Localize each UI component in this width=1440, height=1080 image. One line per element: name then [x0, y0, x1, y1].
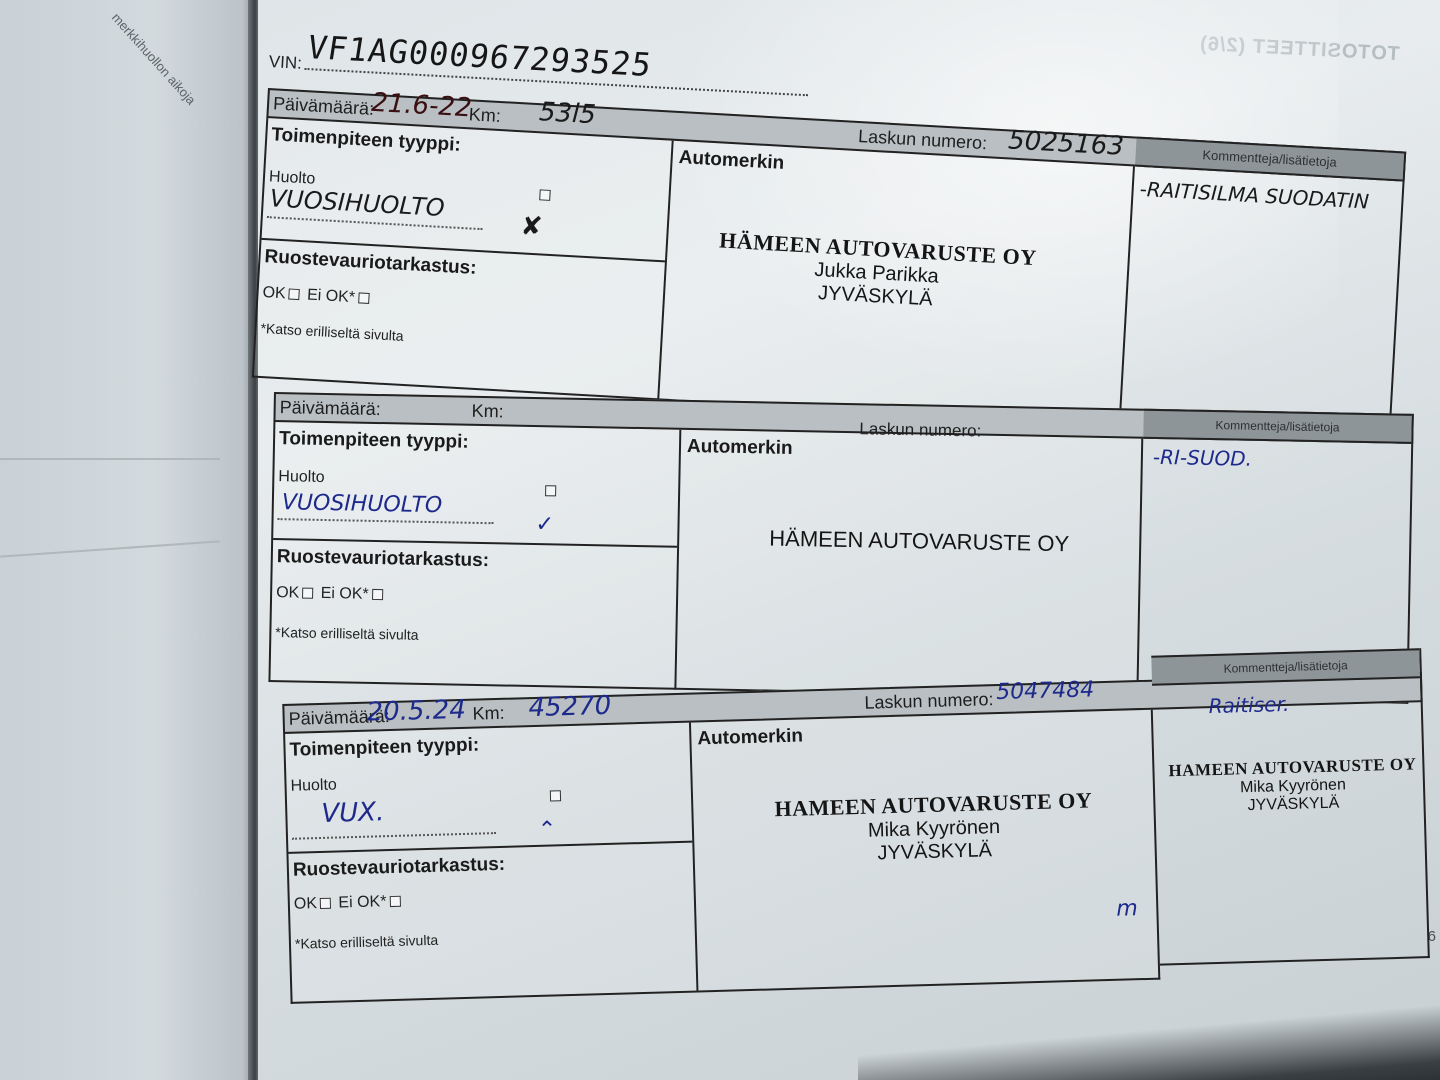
operation-type-label: Toimenpiteen tyyppi:	[289, 729, 693, 762]
operation-type-label: Toimenpiteen tyyppi:	[279, 428, 683, 458]
km-label: Km:	[471, 401, 503, 423]
dealer-stamp: HAMEEN AUTOVARUSTE OY Mika Kyyrönen JYVÄ…	[773, 787, 1095, 868]
invoice-value: 5047484	[996, 677, 1095, 705]
service-label: Huolto	[278, 468, 682, 494]
comments-label: Kommentteja/lisätietoja	[1151, 648, 1420, 685]
rust-ok-checkbox[interactable]	[320, 898, 331, 909]
rust-ok-label: OK	[276, 584, 299, 601]
service-checkmark[interactable]: ✘	[520, 210, 543, 242]
service-checkbox-empty[interactable]	[550, 790, 561, 801]
vin-value: VF1AG000967293525	[305, 28, 655, 84]
dealer-stamp-column: Automerkin HÄMEEN AUTOVARUSTE OY	[676, 430, 1143, 699]
dealer-stamp: HÄMEEN AUTOVARUSTE OY Jukka Parikka JYVÄ…	[715, 227, 1039, 317]
comment-text: Raitiser.	[1208, 692, 1289, 718]
invoice-value: 5025163	[1007, 125, 1124, 161]
service-checkmark[interactable]: ⌃	[538, 816, 557, 843]
comment-text: -RAITISILMA SUODATIN	[1139, 177, 1370, 214]
dealer-stamp-label: Automerkin	[678, 147, 785, 175]
date-value: 20.5.24	[366, 695, 466, 728]
left-page-text: merkkihuollon aikoja	[109, 10, 254, 169]
left-page-line	[0, 540, 220, 557]
rust-inspection-label: Ruostevauriotarkastus:	[293, 848, 697, 881]
rust-not-ok-label: Ei OK*	[307, 287, 356, 307]
rust-ok-checkbox[interactable]	[288, 289, 300, 301]
comment-text: -RI-SUOD.	[1153, 445, 1253, 471]
mirrored-header: TOTOSITTEET (2/6)	[1199, 33, 1401, 66]
service-note: VUOSIHUOLTO	[282, 490, 443, 518]
service-checkmark[interactable]: ✓	[535, 511, 554, 537]
rust-inspection-label: Ruostevauriotarkastus:	[277, 546, 681, 576]
date-label: Päivämäärä:	[279, 397, 380, 420]
comment-stamp: HAMEEN AUTOVARUSTE OY Mika Kyyrönen JYVÄ…	[1164, 754, 1421, 817]
operation-column: Toimenpiteen tyyppi: Huolto VUX. ⌃ Ruost…	[283, 723, 698, 1004]
dealer-stamp-company: HÄMEEN AUTOVARUSTE OY	[769, 526, 1069, 558]
dealer-stamp-column: Automerkin HÄMEEN AUTOVARUSTE OY Jukka P…	[659, 141, 1135, 426]
km-value: 45270	[528, 691, 612, 723]
dealer-stamp-label: Automerkin	[687, 436, 793, 460]
invoice-label: Laskun numero:	[864, 689, 994, 714]
km-label: Km:	[472, 703, 505, 725]
km-value: 53l5	[538, 97, 596, 130]
rust-ok-label: OK	[262, 284, 286, 302]
invoice-label: Laskun numero:	[858, 126, 988, 154]
left-page-line	[0, 458, 220, 460]
see-separate-note: *Katso erilliseltä sivulta	[260, 320, 664, 359]
service-note: VUX.	[321, 797, 385, 829]
service-checkbox-empty[interactable]	[539, 189, 551, 201]
signature: m	[1116, 896, 1138, 922]
left-page: merkkihuollon aikoja	[0, 0, 255, 1080]
comments-label: Kommentteja/lisätietoja	[1143, 409, 1412, 444]
comments-column: Kommentteja/lisätietoja -RAITISILMA SUOD…	[1120, 137, 1406, 442]
operation-column: Toimenpiteen tyyppi: Huolto VUOSIHUOLTO …	[252, 118, 674, 400]
service-checkbox-empty[interactable]	[545, 485, 556, 496]
rust-not-ok-label: Ei OK*	[321, 585, 369, 603]
service-label: Huolto	[290, 767, 694, 796]
rust-inspection-label: Ruostevauriotarkastus:	[264, 246, 669, 291]
vin-label: VIN:	[268, 52, 302, 74]
dealer-stamp-column: Automerkin HAMEEN AUTOVARUSTE OY Mika Ky…	[691, 710, 1160, 993]
see-separate-note: *Katso erilliseltä sivulta	[275, 624, 679, 648]
rust-not-ok-checkbox[interactable]	[389, 896, 400, 907]
operation-column: Toimenpiteen tyyppi: Huolto VUOSIHUOLTO …	[268, 422, 681, 690]
rust-ok-label: OK	[294, 895, 318, 913]
km-label: Km:	[468, 104, 501, 127]
rust-ok-checkbox[interactable]	[302, 588, 313, 599]
dealer-stamp-label: Automerkin	[697, 725, 803, 750]
comments-column: Kommentteja/lisätietoja Raitiser. HAMEEN…	[1151, 648, 1430, 965]
date-label: Päivämäärä:	[273, 93, 375, 120]
date-value: 21.6-22	[370, 88, 472, 124]
rust-not-ok-checkbox[interactable]	[372, 589, 383, 600]
rust-not-ok-label: Ei OK*	[338, 893, 386, 911]
rust-not-ok-checkbox[interactable]	[358, 293, 370, 305]
see-separate-note: *Katso erilliseltä sivulta	[295, 924, 699, 951]
